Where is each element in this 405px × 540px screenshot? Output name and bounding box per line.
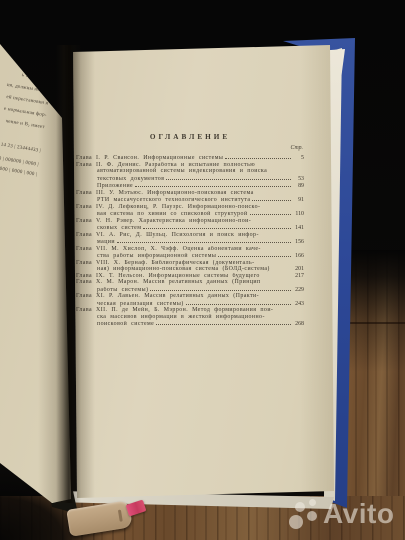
book-gutter-shadow <box>56 45 81 503</box>
dot-leader <box>218 252 291 257</box>
left-page-text-fragment: В₂), уже удовлетв <box>0 49 55 66</box>
avito-logo-circle <box>307 511 317 521</box>
book-photo: В₂), уже удовлетвь третье услоия, должны… <box>0 0 405 540</box>
toc-entry: Приложение89 <box>76 182 304 190</box>
toc-page-number: 53 <box>293 176 304 183</box>
toc-entry: Глава I. Р. Свансон. Информационные сист… <box>76 154 304 162</box>
dot-leader <box>272 266 291 270</box>
toc-entry: Глава XI. Р. Лавьен. Массив релативных д… <box>76 293 304 307</box>
toc-line: мации156 <box>76 238 304 246</box>
toc-page-number: 229 <box>293 287 304 294</box>
toc-line: поисковой системе268 <box>76 320 304 328</box>
dot-leader <box>252 196 291 201</box>
toc-page-number: 217 <box>293 273 304 280</box>
toc-line: работы системы)229 <box>76 286 304 294</box>
avito-watermark: Avito <box>288 494 405 540</box>
left-page-text-fragment: ь третье усло <box>0 67 52 84</box>
dot-leader <box>135 182 291 187</box>
toc-list: Глава I. Р. Свансон. Информационные сист… <box>76 154 304 328</box>
left-page-text-fragment: 00000000 | 000000 | 0000 | <box>0 152 39 169</box>
left-page-text-fragment: ия, должны исполь <box>0 79 51 96</box>
toc-line: ческая реализация системы)243 <box>76 300 304 308</box>
dot-leader <box>156 320 291 325</box>
left-page-text-fragment: чение и В₂ имеет <box>0 114 45 131</box>
toc-entry: Глава XII. П. де Мейн, Б. Мэррон. Метод … <box>76 307 304 328</box>
toc-page-number: 5 <box>293 155 304 162</box>
toc-page-number: 89 <box>293 183 304 190</box>
toc-entry: Глава III. У. Мэтьюс. Информационно-поис… <box>76 190 304 204</box>
dot-leader <box>166 175 291 180</box>
toc-line: Приложение89 <box>76 182 304 190</box>
toc-page-number: 141 <box>293 225 304 232</box>
toc-heading: ОГЛАВЛЕНИЕ <box>76 133 304 141</box>
dot-leader <box>143 224 291 229</box>
toc-page-number: 268 <box>293 321 304 328</box>
toc-line: вая система по химии со списковой структ… <box>76 210 304 218</box>
toc-entry-title: Глава IV. Д. Лефковиц, Р. Паузрс. Информ… <box>76 204 260 211</box>
toc-entry: Глава X. М. Марон. Массив релативных дан… <box>76 279 304 293</box>
toc-entry-title: Глава III. У. Мэтьюс. Информационно-поис… <box>76 190 254 197</box>
toc-page-number: 243 <box>293 301 304 308</box>
toc-page-number: 156 <box>293 239 304 246</box>
toc-line: текстовых документов53 <box>76 175 304 183</box>
dot-leader <box>150 286 291 291</box>
toc-entry: Глава VI. А. Рис, Д. Шульц. Психология и… <box>76 232 304 246</box>
dot-leader <box>117 238 291 243</box>
left-page-text-fragment: 12 14 23 | 23444433 | <box>0 138 41 155</box>
avito-logo-circle <box>309 499 316 506</box>
left-page-text-fragment: е нормальная фор- <box>0 102 47 119</box>
toc-page-number: 166 <box>293 253 304 260</box>
dot-leader <box>186 300 291 305</box>
toc-entry: Глава VII. М. Хислоп, Х. Чэфф. Оценка аб… <box>76 246 304 260</box>
avito-logo-circle <box>295 502 305 512</box>
tag-slot <box>118 510 123 522</box>
toc-entry: Глава VIII. Х. Бернаф. Библиографическая… <box>76 260 304 273</box>
toc-page-number: 110 <box>293 211 304 218</box>
toc-entry: Глава II. Ф. Деннис. Разработка и испыта… <box>76 162 304 183</box>
toc-line: ства работы информационной системы166 <box>76 252 304 260</box>
toc: ОГЛАВЛЕНИЕ Стр. Глава I. Р. Свансон. Инф… <box>76 133 304 328</box>
toc-page-number: 91 <box>293 197 304 204</box>
dot-leader <box>250 210 291 215</box>
left-page-text: В₂), уже удовлетвь третье услоия, должны… <box>0 44 61 193</box>
avito-watermark-label: Avito <box>323 498 394 530</box>
dot-leader <box>262 273 291 277</box>
left-page-text-fragment: ей перестановки и <box>0 91 49 108</box>
toc-entry-title: поисковой системе <box>97 321 154 328</box>
avito-logo-circle <box>289 515 303 529</box>
toc-line: РТИ массачусетского технологического инс… <box>76 196 304 204</box>
toc-line: Глава I. Р. Свансон. Информационные сист… <box>76 154 304 162</box>
toc-entry: Глава V. Н. Рэвер. Характеристика информ… <box>76 218 304 232</box>
toc-line: сковых систем141 <box>76 224 304 232</box>
page-column-label: Стр. <box>76 145 303 151</box>
dot-leader <box>225 154 291 159</box>
toc-entry: Глава IV. Д. Лефковиц, Р. Паузрс. Информ… <box>76 204 304 218</box>
